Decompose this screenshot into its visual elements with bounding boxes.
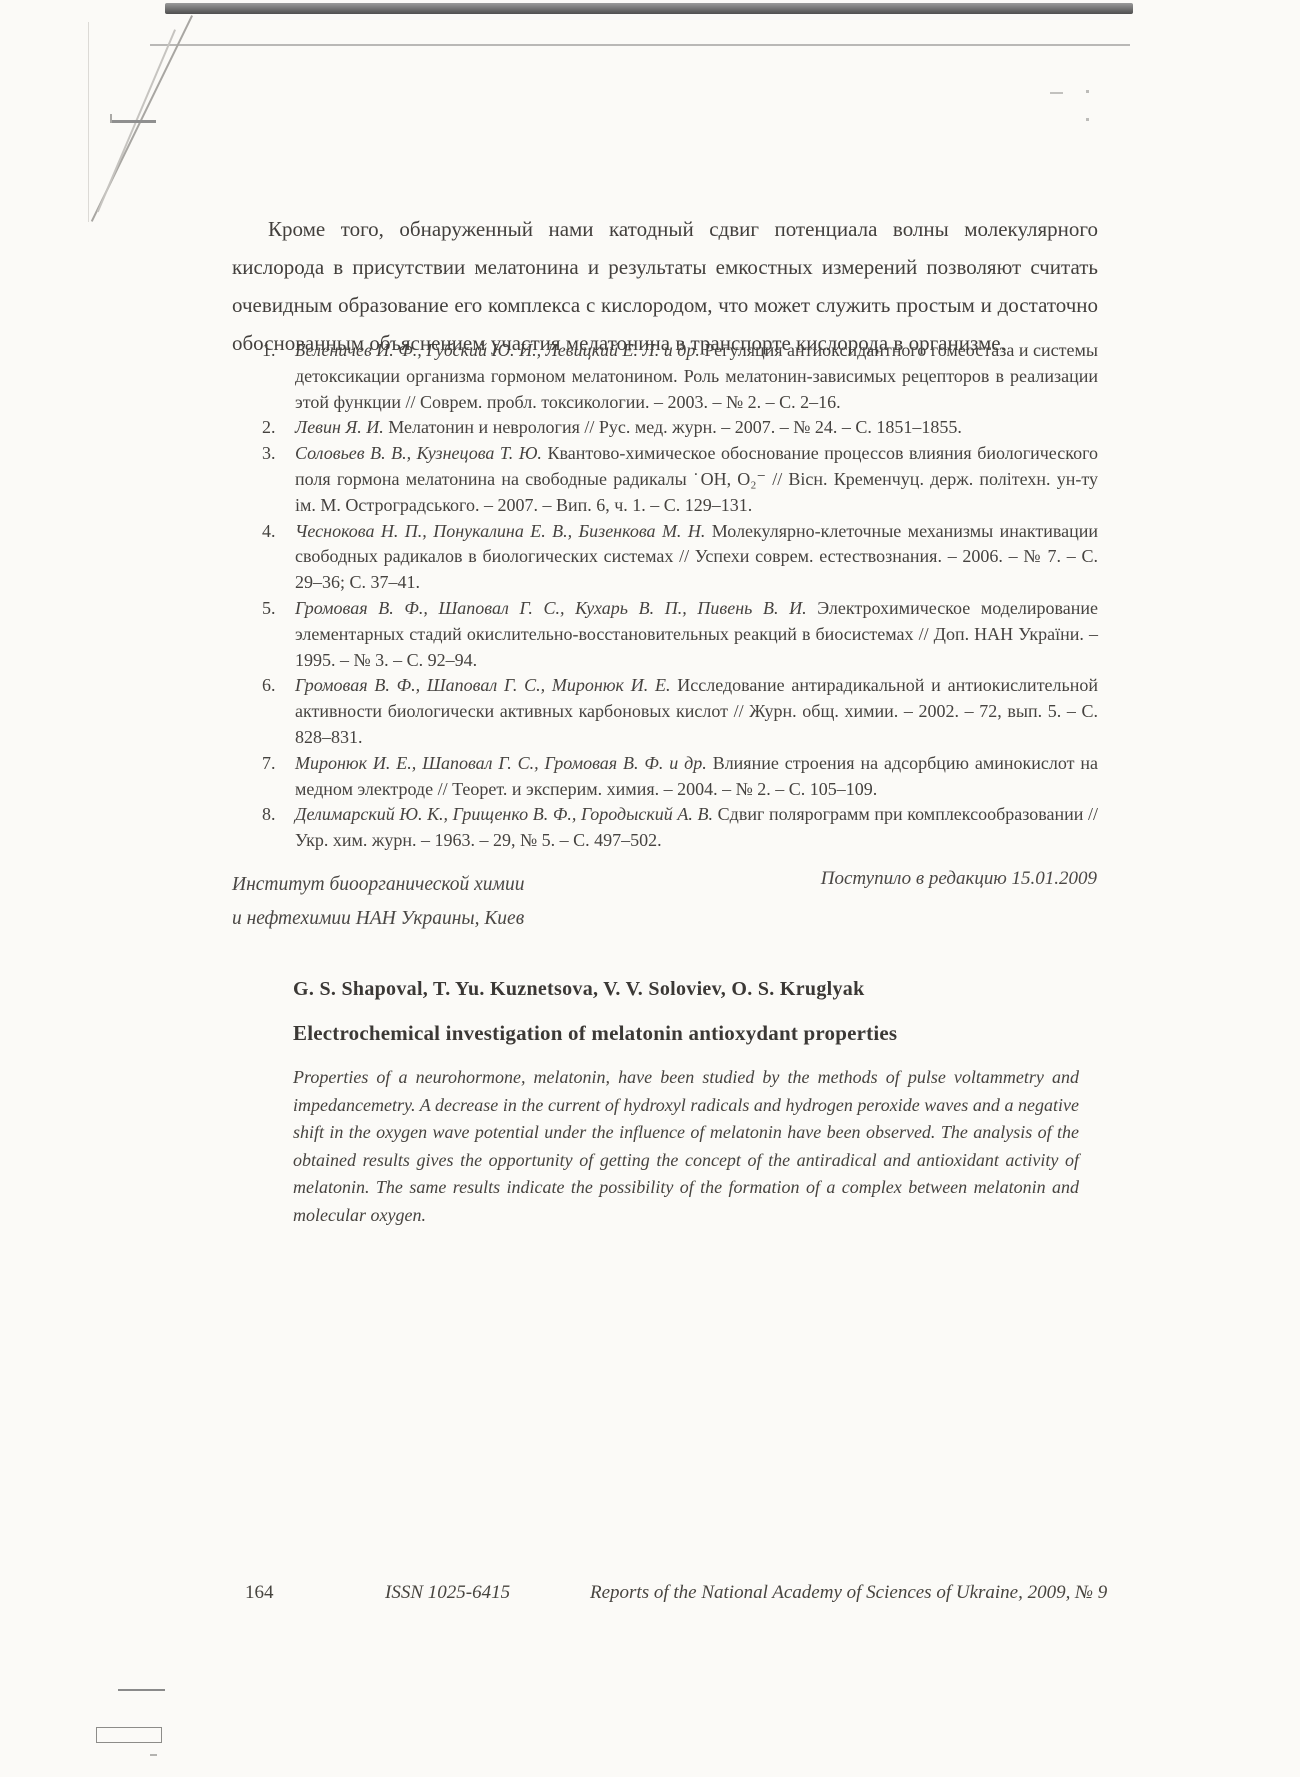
issn-label: ISSN 1025-6415 [385, 1582, 510, 1604]
affiliation-line-2: и нефтехимии НАН Украины, Киев [232, 902, 752, 936]
reference-item: 3. Соловьев В. В., Кузнецова Т. Ю. Квант… [232, 441, 1098, 518]
reference-authors: Делимарский Ю. К., Грищенко В. Ф., Город… [295, 804, 713, 824]
reference-authors: Беленичев И. Ф., Губский Ю. И., Левицкий… [295, 340, 700, 360]
reference-number: 8. [262, 802, 276, 828]
reference-item: 7. Миронюк И. Е., Шаповал Г. С., Громова… [232, 751, 1098, 803]
reference-authors: Соловьев В. В., Кузнецова Т. Ю. [295, 443, 542, 463]
reference-item: 1. Беленичев И. Ф., Губский Ю. И., Левиц… [232, 338, 1098, 415]
reference-item: 4. Чеснокова Н. П., Понукалина Е. В., Би… [232, 519, 1098, 596]
affiliation-line-1: Институт биоорганической химии [232, 868, 752, 902]
reference-number: 1. [262, 338, 276, 364]
reference-list: 1. Беленичев И. Ф., Губский Ю. И., Левиц… [232, 338, 1098, 854]
affiliation: Институт биоорганической химии и нефтехи… [232, 868, 752, 936]
scan-left-dash-mark [112, 120, 156, 123]
scan-bottom-left-dot [150, 1754, 157, 1756]
reference-number: 6. [262, 673, 276, 699]
english-authors: G. S. Shapoval, T. Yu. Kuznetsova, V. V.… [293, 978, 1083, 1001]
reference-authors: Громовая В. Ф., Шаповал Г. С., Миронюк И… [295, 675, 671, 695]
scanned-paper-page: Кроме того, обнаруженный нами катодный с… [0, 0, 1300, 1777]
scan-bottom-left-box [96, 1727, 162, 1743]
journal-line: Reports of the National Academy of Scien… [590, 1582, 1107, 1604]
reference-number: 4. [262, 519, 276, 545]
received-date: Поступило в редакцию 15.01.2009 [821, 868, 1097, 890]
scan-horizontal-line [150, 44, 1130, 46]
scan-top-right-dot [1086, 90, 1089, 93]
page-number: 164 [245, 1582, 274, 1604]
reference-item: 5. Громовая В. Ф., Шаповал Г. С., Кухарь… [232, 596, 1098, 673]
scan-bottom-left-line [118, 1689, 165, 1691]
reference-authors: Левин Я. И. [295, 417, 384, 437]
reference-text: Мелатонин и неврология // Рус. мед. журн… [388, 417, 962, 437]
scan-left-tick-mark [110, 114, 112, 123]
english-abstract: Properties of a neurohormone, melatonin,… [293, 1064, 1079, 1229]
reference-authors: Миронюк И. Е., Шаповал Г. С., Громовая В… [295, 753, 707, 773]
reference-number: 3. [262, 441, 276, 467]
reference-number: 5. [262, 596, 276, 622]
page-footer: 164 ISSN 1025-6415 Reports of the Nation… [0, 1582, 1300, 1612]
reference-number: 2. [262, 415, 276, 441]
scan-left-edge-line [88, 22, 89, 222]
scan-top-right-dot [1086, 118, 1089, 121]
english-title: Electrochemical investigation of melaton… [293, 1021, 1083, 1046]
reference-item: 6. Громовая В. Ф., Шаповал Г. С., Мироню… [232, 673, 1098, 750]
scan-edge-top-bar [165, 3, 1133, 14]
reference-item: 2. Левин Я. И. Мелатонин и неврология //… [232, 415, 1098, 441]
reference-authors: Громовая В. Ф., Шаповал Г. С., Кухарь В.… [295, 598, 807, 618]
reference-number: 7. [262, 751, 276, 777]
reference-authors: Чеснокова Н. П., Понукалина Е. В., Бизен… [295, 521, 705, 541]
scan-top-right-dash [1050, 92, 1063, 94]
reference-item: 8. Делимарский Ю. К., Грищенко В. Ф., Го… [232, 802, 1098, 854]
